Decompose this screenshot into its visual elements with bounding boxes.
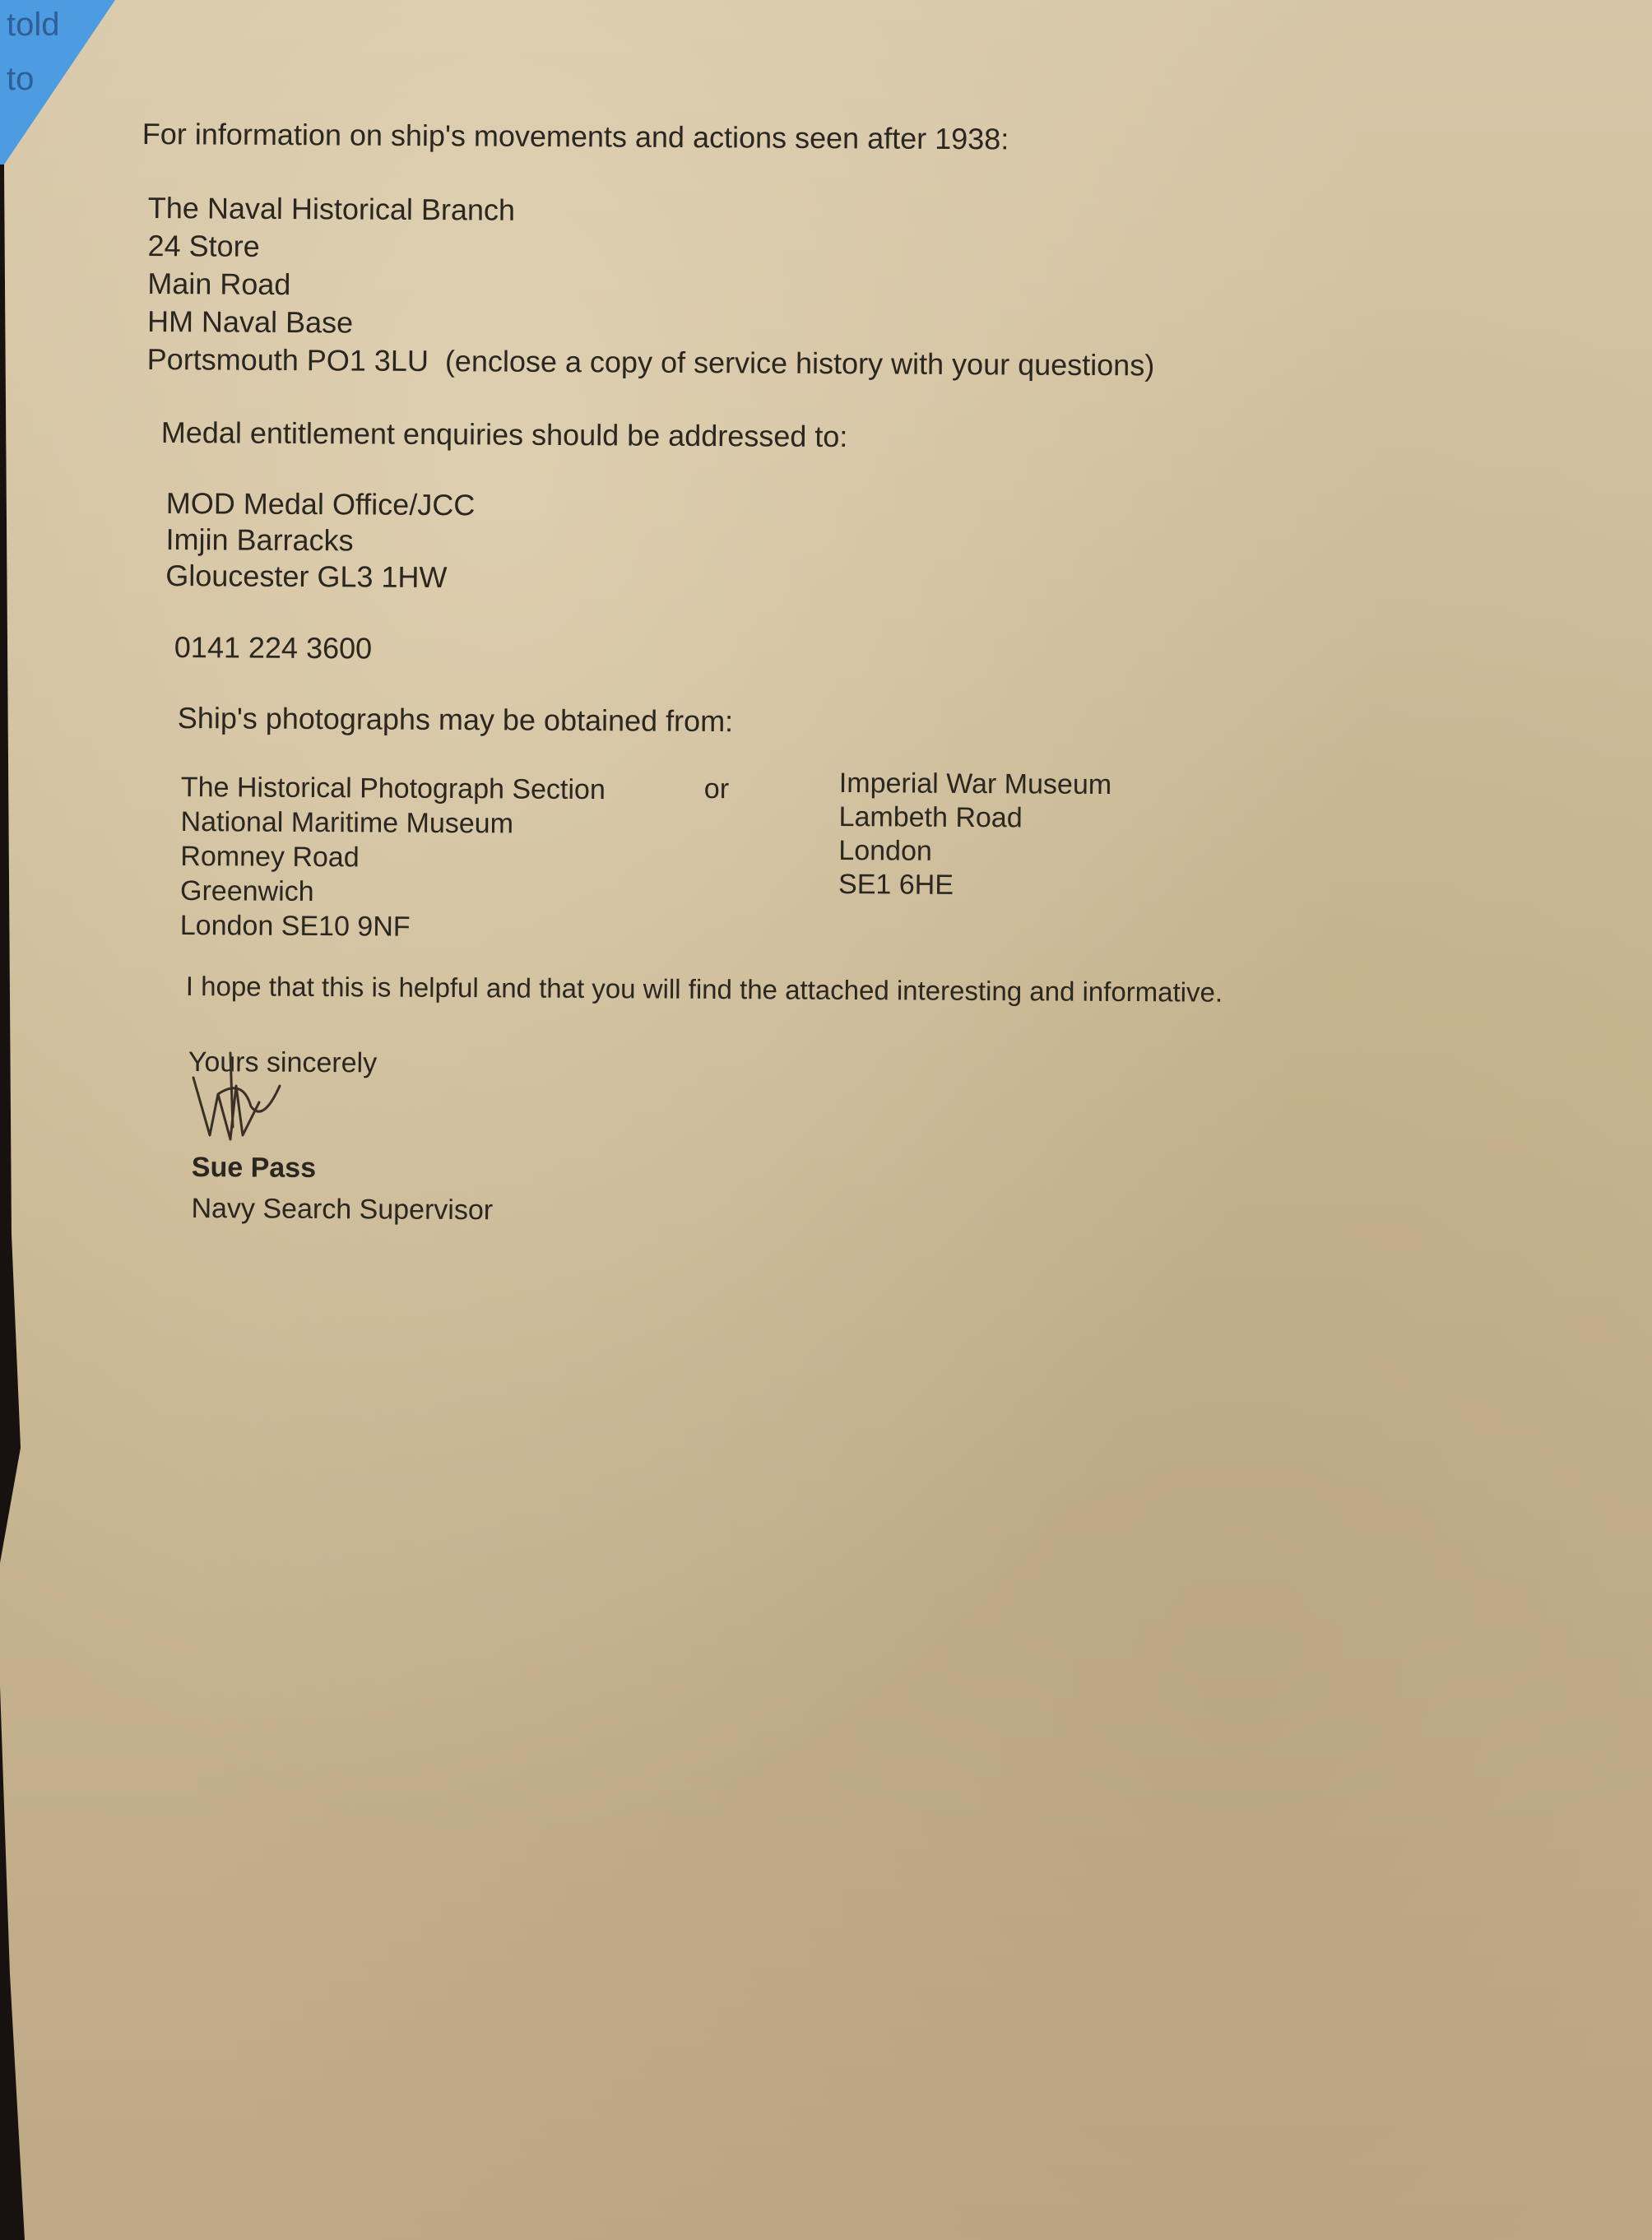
closing-paragraph: I hope that this is helpful and that you…	[186, 967, 1223, 1012]
address-line: National Maritime Museum	[180, 805, 605, 842]
paragraph-text: Medal entitlement enquiries should be ad…	[161, 414, 848, 456]
medal-office-phone: 0141 224 3600	[174, 628, 373, 667]
address-line: Greenwich	[180, 874, 605, 911]
separator-text: or	[704, 770, 730, 808]
address-line: Gloucester GL3 1HW	[165, 558, 475, 596]
address-line: Imperial War Museum	[839, 767, 1112, 802]
address-line: HM Naval Base	[147, 303, 1155, 346]
paragraph-text: I hope that this is helpful and that you…	[186, 967, 1223, 1012]
address-line: Lambeth Road	[838, 800, 1111, 836]
address-line: The Naval Historical Branch	[148, 189, 1156, 233]
photo-scene: told to For information on ship's moveme…	[0, 0, 1652, 2240]
signatory: Sue Pass Navy Search Supervisor	[191, 1147, 493, 1231]
signatory-title: Navy Search Supervisor	[191, 1188, 493, 1231]
background-screen-word: to	[7, 61, 34, 98]
photos-intro: Ship's photographs may be obtained from:	[178, 699, 734, 740]
phone-number: 0141 224 3600	[174, 628, 373, 667]
address-naval-historical-branch: The Naval Historical Branch 24 Store Mai…	[147, 189, 1156, 384]
address-line: The Historical Photograph Section	[181, 770, 606, 807]
address-maritime-museum: The Historical Photograph Section Nation…	[180, 770, 606, 945]
handwritten-signature-icon	[185, 1045, 292, 1152]
paragraph-text: Ship's photographs may be obtained from:	[178, 699, 734, 740]
address-line: 24 Store	[147, 227, 1155, 271]
signatory-name: Sue Pass	[192, 1147, 494, 1190]
background-screen-word: told	[7, 7, 60, 44]
address-imperial-war-museum: Imperial War Museum Lambeth Road London …	[838, 767, 1111, 903]
address-line: Romney Road	[180, 839, 605, 876]
address-medal-office: MOD Medal Office/JCC Imjin Barracks Glou…	[165, 485, 475, 596]
or-separator: or	[704, 770, 730, 808]
address-line: Imjin Barracks	[165, 522, 475, 559]
address-line: MOD Medal Office/JCC	[166, 485, 476, 523]
address-line: London	[838, 834, 1111, 870]
paragraph-text: For information on ship's movements and …	[142, 115, 1009, 158]
address-line: Main Road	[147, 265, 1155, 308]
intro-ship-movements: For information on ship's movements and …	[142, 115, 1009, 158]
address-line: London SE10 9NF	[180, 908, 605, 945]
address-line: Portsmouth PO1 3LU (enclose a copy of se…	[147, 341, 1155, 384]
medal-intro: Medal entitlement enquiries should be ad…	[161, 414, 848, 456]
address-line: SE1 6HE	[838, 868, 1111, 903]
